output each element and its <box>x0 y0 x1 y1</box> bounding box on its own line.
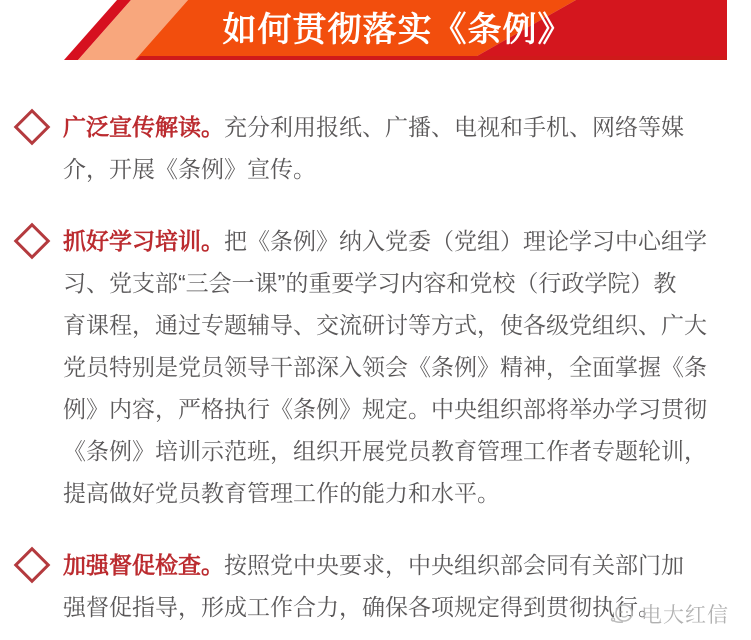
bullet-lead-text: 抓好学习培训。 <box>63 228 224 254</box>
article-body: 广泛宣传解读。充分利用报纸、广播、电视和手机、网络等媒 介，开展《条例》宣传。 … <box>63 60 711 628</box>
diamond-bullet-icon <box>14 109 51 146</box>
brand-watermark: 电大红信 <box>610 599 729 629</box>
bullet-item-publicity: 广泛宣传解读。充分利用报纸、广播、电视和手机、网络等媒 介，开展《条例》宣传。 <box>63 106 711 190</box>
bullet-item-training: 抓好学习培训。把《条例》纳入党委（党组）理论学习中心组学 习、党支部“三会一课”… <box>63 220 711 514</box>
bullet-lead-text: 加强督促检查。 <box>63 552 224 578</box>
header-banner: 如何贯彻落实《条例》 <box>0 0 751 60</box>
brand-watermark-label: 电大红信 <box>641 599 729 629</box>
bullet-lead-text: 广泛宣传解读。 <box>63 114 224 140</box>
brand-logo-icon <box>610 602 636 626</box>
page-title: 如何贯彻落实《条例》 <box>68 0 727 60</box>
bullet-body-text: 把《条例》纳入党委（党组）理论学习中心组学 习、党支部“三会一课”的重要学习内容… <box>63 228 707 506</box>
diamond-bullet-icon <box>14 223 51 260</box>
diamond-bullet-icon <box>14 547 51 584</box>
article-page: 如何贯彻落实《条例》 广泛宣传解读。充分利用报纸、广播、电视和手机、网络等媒 介… <box>0 0 751 640</box>
